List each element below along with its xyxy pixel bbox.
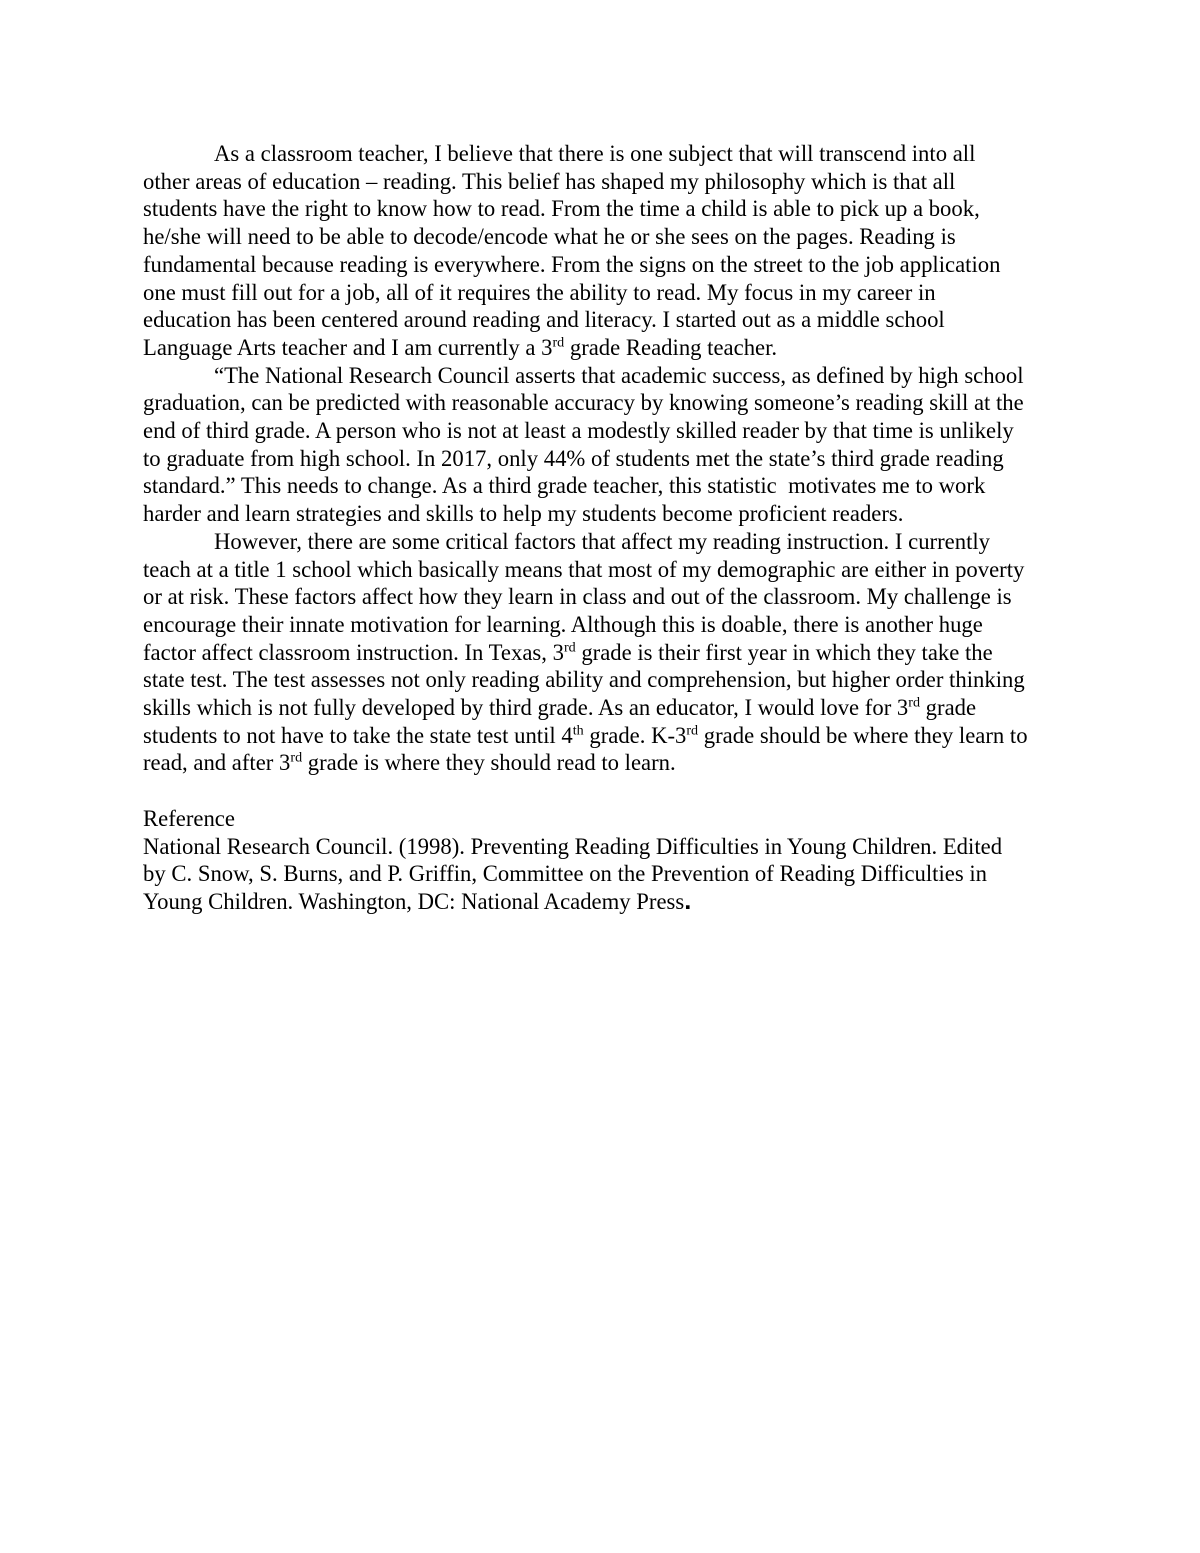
text-line: harder and learn strategies and skills t…	[143, 500, 1057, 528]
text-run: by C. Snow, S. Burns, and P. Griffin, Co…	[143, 861, 987, 886]
text-run: Reference	[143, 806, 235, 831]
text-line: Language Arts teacher and I am currently…	[143, 334, 1057, 362]
text-run: read, and after 3	[143, 750, 290, 775]
text-run: grade should be where they learn to	[698, 723, 1027, 748]
text-run: end of third grade. A person who is not …	[143, 418, 1014, 443]
text-run: Young Children. Washington, DC: National…	[143, 889, 684, 914]
text-line: Young Children. Washington, DC: National…	[143, 888, 1057, 916]
text-line: fundamental because reading is everywher…	[143, 251, 1057, 279]
text-line: graduation, can be predicted with reason…	[143, 389, 1057, 417]
text-run: graduation, can be predicted with reason…	[143, 390, 1024, 415]
text-run: factor affect classroom instruction. In …	[143, 640, 564, 665]
text-run: grade is their first year in which they …	[576, 640, 993, 665]
text-run: one must fill out for a job, all of it r…	[143, 280, 936, 305]
text-run: education has been centered around readi…	[143, 307, 945, 332]
text-run: grade	[920, 695, 976, 720]
text-run: to graduate from high school. In 2017, o…	[143, 446, 1004, 471]
text-line: other areas of education – reading. This…	[143, 168, 1057, 196]
text-line: or at risk. These factors affect how the…	[143, 583, 1057, 611]
document-body: As a classroom teacher, I believe that t…	[143, 140, 1057, 916]
terminal-period: .	[684, 887, 691, 915]
text-line: to graduate from high school. In 2017, o…	[143, 445, 1057, 473]
text-line: end of third grade. A person who is not …	[143, 417, 1057, 445]
ordinal-superscript: rd	[290, 750, 302, 766]
ordinal-superscript: rd	[908, 695, 920, 711]
text-line: encourage their innate motivation for le…	[143, 611, 1057, 639]
text-run: students have the right to know how to r…	[143, 196, 980, 221]
text-line: However, there are some critical factors…	[143, 528, 1057, 556]
ordinal-superscript: rd	[552, 334, 564, 350]
text-line: standard.” This needs to change. As a th…	[143, 472, 1057, 500]
reference-section: ReferenceNational Research Council. (199…	[143, 805, 1057, 916]
text-run: “The National Research Council asserts t…	[214, 363, 1024, 388]
text-line: factor affect classroom instruction. In …	[143, 639, 1057, 667]
text-run: teach at a title 1 school which basicall…	[143, 557, 1024, 582]
text-run: grade. K-3	[584, 723, 687, 748]
text-line: read, and after 3rd grade is where they …	[143, 749, 1057, 777]
text-run: he/she will need to be able to decode/en…	[143, 224, 956, 249]
blank-line	[143, 777, 1057, 805]
text-run: However, there are some critical factors…	[214, 529, 990, 554]
text-run: or at risk. These factors affect how the…	[143, 584, 1012, 609]
ordinal-superscript: th	[573, 722, 584, 738]
text-line: he/she will need to be able to decode/en…	[143, 223, 1057, 251]
document-page: As a classroom teacher, I believe that t…	[0, 0, 1200, 1553]
text-line: As a classroom teacher, I believe that t…	[143, 140, 1057, 168]
text-run: state test. The test assesses not only r…	[143, 667, 1025, 692]
text-run: encourage their innate motivation for le…	[143, 612, 983, 637]
text-run: As a classroom teacher, I believe that t…	[214, 141, 975, 166]
text-line: National Research Council. (1998). Preve…	[143, 833, 1057, 861]
text-run: harder and learn strategies and skills t…	[143, 501, 903, 526]
paragraph-critical-factors: However, there are some critical factors…	[143, 528, 1057, 777]
paragraph-teaching-philosophy: As a classroom teacher, I believe that t…	[143, 140, 1057, 362]
text-run: students to not have to take the state t…	[143, 723, 573, 748]
text-run: grade Reading teacher.	[564, 335, 777, 360]
text-line: students have the right to know how to r…	[143, 195, 1057, 223]
text-run: grade is where they should read to learn…	[302, 750, 676, 775]
text-line: one must fill out for a job, all of it r…	[143, 279, 1057, 307]
text-line: state test. The test assesses not only r…	[143, 666, 1057, 694]
text-line: Reference	[143, 805, 1057, 833]
paragraph-nrc-quote: “The National Research Council asserts t…	[143, 362, 1057, 528]
text-run: Language Arts teacher and I am currently…	[143, 335, 552, 360]
ordinal-superscript: rd	[686, 722, 698, 738]
text-line: students to not have to take the state t…	[143, 722, 1057, 750]
text-line: by C. Snow, S. Burns, and P. Griffin, Co…	[143, 860, 1057, 888]
text-run: fundamental because reading is everywher…	[143, 252, 1000, 277]
text-line: “The National Research Council asserts t…	[143, 362, 1057, 390]
text-run: skills which is not fully developed by t…	[143, 695, 908, 720]
text-line: skills which is not fully developed by t…	[143, 694, 1057, 722]
ordinal-superscript: rd	[564, 639, 576, 655]
text-run: National Research Council. (1998). Preve…	[143, 834, 1002, 859]
text-run: standard.” This needs to change. As a th…	[143, 473, 985, 498]
text-line: teach at a title 1 school which basicall…	[143, 556, 1057, 584]
text-line: education has been centered around readi…	[143, 306, 1057, 334]
text-run: other areas of education – reading. This…	[143, 169, 955, 194]
